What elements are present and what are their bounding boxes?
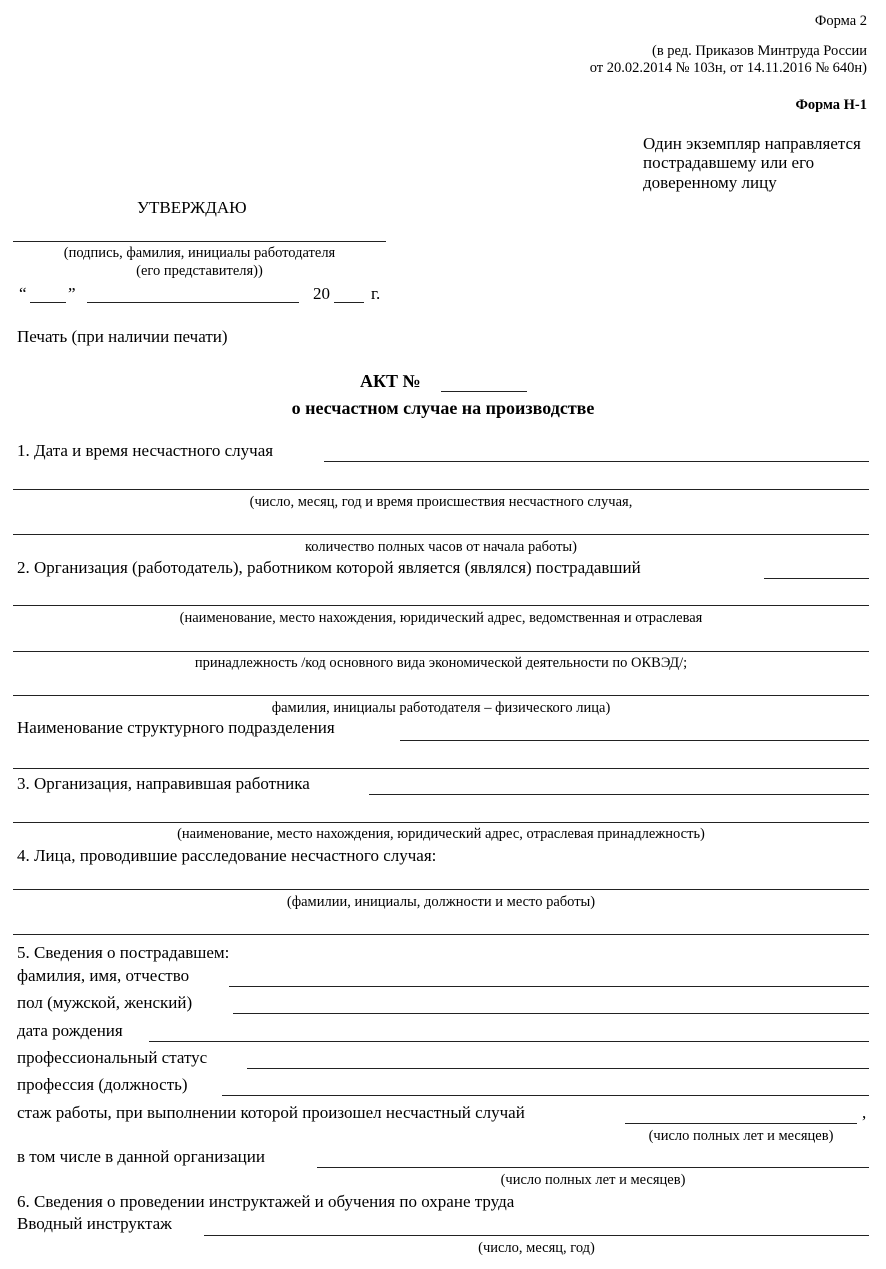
sending-organization-field-2[interactable]: [13, 822, 869, 823]
subdivision-label: Наименование структурного подразделения: [17, 718, 335, 738]
quote-open: “: [19, 284, 27, 304]
intro-briefing-label: Вводный инструктаж: [17, 1214, 172, 1234]
section1-label: 1. Дата и время несчастного случая: [17, 441, 273, 461]
intro-briefing-caption: (число, месяц, год): [204, 1239, 869, 1257]
victim-status-field[interactable]: [247, 1068, 869, 1069]
approval-month-field[interactable]: [87, 302, 299, 303]
employer-field-4[interactable]: [13, 695, 869, 696]
investigators-field[interactable]: [13, 889, 869, 890]
victim-birthdate-label: дата рождения: [17, 1021, 123, 1041]
signature-caption-line2: (его представителя)): [13, 262, 386, 280]
victim-birthdate-field[interactable]: [149, 1041, 869, 1042]
victim-status-label: профессиональный статус: [17, 1048, 207, 1068]
stamp-note: Печать (при наличии печати): [17, 327, 228, 347]
copy-note-line2: пострадавшему или его: [643, 153, 814, 173]
victim-name-label: фамилия, имя, отчество: [17, 966, 189, 986]
year-suffix: г.: [371, 284, 380, 304]
section2-caption1: (наименование, место нахождения, юридиче…: [13, 609, 869, 627]
victim-sex-label: пол (мужской, женский): [17, 993, 192, 1013]
copy-note-line1: Один экземпляр направляется: [643, 134, 861, 154]
subdivision-field-2[interactable]: [13, 768, 869, 769]
org-experience-caption: (число полных лет и месяцев): [317, 1171, 869, 1189]
act-number-field[interactable]: [441, 391, 527, 392]
section1-caption2: количество полных часов от начала работы…: [13, 538, 869, 556]
intro-briefing-field[interactable]: [204, 1235, 869, 1236]
section3-label: 3. Организация, направившая работника: [17, 774, 310, 794]
experience-label: стаж работы, при выполнении которой прои…: [17, 1103, 525, 1123]
approval-title: УТВЕРЖДАЮ: [137, 198, 247, 218]
employer-field-3[interactable]: [13, 651, 869, 652]
victim-profession-label: профессия (должность): [17, 1075, 188, 1095]
section2-caption2: принадлежность /код основного вида эконо…: [13, 654, 869, 672]
section4-caption: (фамилии, инициалы, должности и место ра…: [13, 893, 869, 911]
quote-close: ”: [68, 284, 76, 304]
section1-caption1: (число, месяц, год и время происшествия …: [13, 493, 869, 511]
signature-caption-line1: (подпись, фамилия, инициалы работодателя: [13, 244, 386, 262]
victim-name-field[interactable]: [229, 986, 869, 987]
form-code: Форма Н-1: [795, 96, 867, 114]
sending-organization-field[interactable]: [369, 794, 869, 795]
employer-field[interactable]: [764, 578, 869, 579]
section6-label: 6. Сведения о проведении инструктажей и …: [17, 1192, 514, 1212]
accident-hours-field[interactable]: [13, 534, 869, 535]
section4-label: 4. Лица, проводившие расследование несча…: [17, 846, 436, 866]
investigators-field-2[interactable]: [13, 934, 869, 935]
accident-datetime-field[interactable]: [324, 461, 869, 462]
accident-datetime-field-2[interactable]: [13, 489, 869, 490]
year-prefix: 20: [313, 284, 330, 304]
employer-field-2[interactable]: [13, 605, 869, 606]
edition-note-line1: (в ред. Приказов Минтруда России: [652, 42, 867, 60]
act-subtitle: о несчастном случае на производстве: [0, 397, 886, 419]
experience-suffix: ,: [862, 1103, 866, 1123]
approval-day-field[interactable]: [30, 302, 66, 303]
victim-sex-field[interactable]: [233, 1013, 869, 1014]
form-number: Форма 2: [815, 12, 867, 30]
edition-note-line2: от 20.02.2014 № 103н, от 14.11.2016 № 64…: [590, 59, 867, 77]
approver-signature-field[interactable]: [13, 241, 386, 242]
section5-label: 5. Сведения о пострадавшем:: [17, 943, 229, 963]
experience-caption: (число полных лет и месяцев): [625, 1127, 857, 1145]
org-experience-field[interactable]: [317, 1167, 869, 1168]
section2-caption3: фамилия, инициалы работодателя – физичес…: [13, 699, 869, 717]
approval-year-field[interactable]: [334, 302, 364, 303]
org-experience-label: в том числе в данной организации: [17, 1147, 265, 1167]
experience-field[interactable]: [625, 1123, 857, 1124]
victim-profession-field[interactable]: [222, 1095, 869, 1096]
section2-label: 2. Организация (работодатель), работнико…: [17, 558, 641, 578]
act-title: АКТ №: [360, 371, 421, 391]
section3-caption: (наименование, место нахождения, юридиче…: [13, 825, 869, 843]
subdivision-field[interactable]: [400, 740, 869, 741]
copy-note-line3: доверенному лицу: [643, 173, 777, 193]
